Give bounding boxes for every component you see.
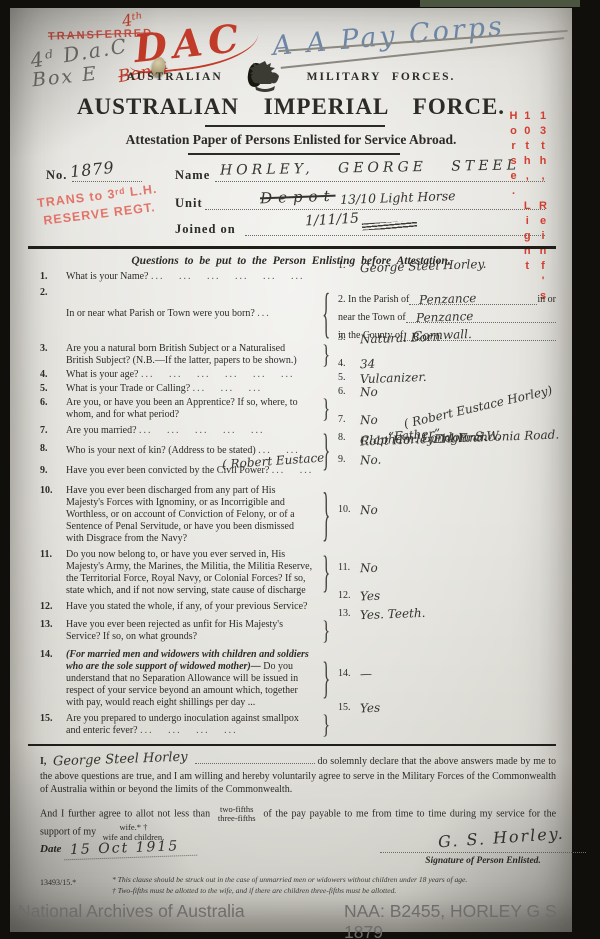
name-field-line	[215, 181, 545, 182]
answer-number: 1.	[338, 260, 346, 271]
question-number: 3.	[40, 343, 66, 354]
brace	[323, 306, 329, 322]
fraction-options: two-fifthsthree-fifths	[218, 805, 256, 824]
sub-label: near the Town of	[338, 312, 406, 323]
question-text-main: In or near what Parish or Town were you …	[66, 308, 255, 319]
signature-caption: Signature of Person Enlisted.	[380, 856, 586, 866]
answer-value: No	[360, 503, 378, 518]
question-number: 7.	[40, 425, 66, 436]
signature-line	[380, 852, 586, 853]
joined-field-line	[245, 235, 545, 236]
service-number-value: 1879	[69, 158, 115, 182]
answer-number: 8.	[338, 432, 346, 443]
question-number: 11.	[40, 549, 66, 560]
question-number: 14.	[40, 649, 66, 660]
question-row-10: 10. Have you ever been discharged from a…	[40, 485, 556, 545]
question-text: Have you ever been rejected as unfit for…	[66, 619, 314, 643]
footnote-asterisk: * This clause should be struck out in th…	[112, 874, 556, 885]
question-text: Have you stated the whole, if any, of yo…	[66, 601, 314, 613]
declaration: I, George Steel Horley do solemnly decla…	[40, 752, 556, 842]
leader-dots: ... ... ... ...	[140, 725, 238, 736]
answer-number: 11.	[338, 562, 350, 573]
answer-number: 15.	[338, 702, 351, 713]
date-value: 15 Oct 1915	[64, 838, 198, 861]
form-number: 13493/15.*	[40, 877, 76, 889]
question-number: 13.	[40, 619, 66, 630]
brace	[323, 565, 329, 581]
answer-number: 4.	[338, 358, 346, 369]
document-page: TRANSFERRED 4ᵈ D.a.C Box E 4ᵗʰ DAC Bondi…	[10, 8, 572, 932]
reserve-regiment-stamp: TRANS to 3ʳᵈ L.H. RESERVE REGT.	[36, 181, 160, 230]
answer-value: Vulcanizer.	[360, 370, 427, 386]
page-subtitle: Attestation Paper of Persons Enlisted fo…	[10, 132, 572, 148]
answer-value: England.	[434, 430, 489, 446]
question-number: 1.	[40, 271, 66, 282]
question-text: What is your Name? ... ... ... ... ... .…	[66, 271, 314, 283]
answer-value: No	[360, 413, 378, 428]
brace	[323, 347, 329, 363]
answer-value: Penzance	[419, 291, 477, 307]
option-three-fifths: three-fifths	[218, 814, 256, 823]
question-text: In or near what Parish or Town were you …	[66, 308, 314, 320]
question-text: Have you ever been discharged from any p…	[66, 485, 314, 545]
question-number: 5.	[40, 383, 66, 394]
question-text: What is your Trade or Calling? ... ... .…	[66, 383, 314, 395]
leader-dots: ...	[257, 308, 271, 319]
footnote-lines: * This clause should be struck out in th…	[112, 874, 556, 897]
question-row-2: 2. In or near what Parish or Town were y…	[40, 287, 556, 341]
question-number: 4.	[40, 369, 66, 380]
question-number: 2.	[40, 287, 66, 298]
question-row-4: 4. What is your age? ... ... ... ... ...…	[40, 369, 556, 381]
leader-dots: ... ... ... ... ... ...	[141, 369, 295, 380]
subtitle-underline	[188, 153, 400, 155]
question-text: Are you a natural born British Subject o…	[66, 343, 314, 367]
sub-suffix: in or	[537, 294, 556, 305]
answer-sub-line: 2. In the Parish ofPenzancein or	[338, 287, 556, 305]
question-text-main: What is your Trade or Calling?	[66, 383, 190, 394]
answer-number: 12.	[338, 590, 351, 601]
archive-name-watermark: National Archives of Australia	[18, 901, 245, 922]
question-row-12: 12. Have you stated the whole, if any, o…	[40, 601, 556, 613]
joined-on-value: 1/11/15	[305, 211, 360, 230]
date-signature-row: Date 15 Oct 1915 G. S. Horley. Signature…	[40, 840, 556, 858]
answer-number: 14.	[338, 668, 351, 679]
question-number: 12.	[40, 601, 66, 612]
answer-line: Penzance	[409, 304, 537, 305]
section-divider	[28, 246, 556, 249]
joined-on-label: Joined on	[175, 222, 236, 237]
leader-dots: ... ... ... ... ... ...	[151, 271, 305, 282]
leader-dots: ... ... ...	[193, 383, 263, 394]
declaration-divider	[28, 744, 556, 746]
answer-value: Yes	[360, 589, 381, 604]
question-number: 9.	[40, 465, 66, 476]
brace	[323, 671, 329, 687]
header-row: AUSTRALIAN MILITARY FORCES.	[10, 60, 572, 94]
answer-number: 9.	[338, 454, 346, 465]
question-text: Are you prepared to undergo inoculation …	[66, 713, 314, 737]
brace	[323, 717, 329, 733]
declaration-name-handwriting: George Steel Horley	[53, 749, 188, 771]
title-underline	[205, 125, 385, 127]
footnote-dagger: † Two-fifths must be allotted to the wif…	[112, 885, 556, 896]
answer-value: —	[360, 667, 372, 681]
answer-number: 5.	[338, 372, 346, 383]
question-row-11: 11. Do you now belong to, or have you ev…	[40, 549, 556, 597]
question-text: Do you now belong to, or have you ever s…	[66, 549, 314, 597]
question-text: Are you, or have you been an Apprentice?…	[66, 397, 314, 421]
brace	[323, 623, 329, 639]
answer-number: 6.	[338, 386, 346, 397]
answer-value: Yes. Teeth.	[360, 606, 426, 622]
answer-number: 3.	[338, 332, 346, 343]
allotment-pre-text: And I further agree to allot not less th…	[40, 808, 210, 819]
scribbled-out-text-mark	[362, 221, 417, 231]
declaration-i-label: I,	[40, 756, 46, 767]
question-text-main: What is your Name?	[66, 271, 148, 282]
archive-reference-watermark: NAA: B2455, HORLEY G S 1879	[344, 901, 600, 939]
footnotes: 13493/15.* * This clause should be struc…	[40, 874, 556, 897]
answer-number: 10.	[338, 504, 351, 515]
answer-number: 13.	[338, 608, 351, 619]
unit-field-line	[205, 209, 545, 210]
answer-sub-line: near the Town ofPenzance	[338, 305, 556, 323]
no-label: No.	[46, 168, 67, 183]
question-row-1: 1. What is your Name? ... ... ... ... ..…	[40, 271, 556, 283]
question-text: What is your age? ... ... ... ... ... ..…	[66, 369, 314, 381]
question-text-main: Are you married?	[66, 425, 137, 436]
declaration-leader-line	[195, 754, 315, 764]
unit-value: 13/10 Light Horse	[340, 188, 456, 207]
question-text-main: Who is your next of kin? (Address to be …	[66, 445, 256, 456]
unit-label: Unit	[175, 196, 203, 211]
leader-dots: ... ... ... ... ...	[139, 425, 265, 436]
question-number: 10.	[40, 485, 66, 496]
header-military-forces: MILITARY FORCES.	[307, 71, 456, 83]
questions-section-title: Questions to be put to the Person Enlist…	[10, 255, 572, 267]
answer-value: Natural Born	[360, 330, 441, 347]
question-number: 6.	[40, 397, 66, 408]
date-label: Date	[40, 843, 61, 855]
answer-value: 34	[360, 357, 376, 372]
header-australian: AUSTRALIAN	[127, 71, 223, 83]
question-text-main: What is your age?	[66, 369, 138, 380]
answer-value: No	[360, 385, 378, 400]
question-text: Are you married? ... ... ... ... ...	[66, 425, 314, 437]
answer-line: Penzance	[406, 322, 556, 323]
question-row-14: 14. (For married men and widowers with c…	[40, 649, 556, 709]
question-text: (For married men and widowers with child…	[66, 649, 314, 709]
answer-value: Yes	[360, 701, 381, 716]
question-number: 15.	[40, 713, 66, 724]
name-label: Name	[175, 168, 210, 183]
name-value: HORLEY, GEORGE STEEL	[220, 157, 520, 178]
brace	[323, 401, 329, 417]
question-number: 8.	[40, 443, 66, 454]
question-row-9: 9. Have you ever been convicted by the C…	[40, 465, 556, 477]
answer-number: 7.	[338, 414, 346, 425]
question-row-15: 15. Are you prepared to undergo inoculat…	[40, 713, 556, 737]
sub-label: 2. In the Parish of	[338, 294, 409, 305]
page-title: AUSTRALIAN IMPERIAL FORCE.	[10, 94, 572, 120]
answer-value: No.	[360, 453, 382, 468]
question-row-13: 13. Have you ever been rejected as unfit…	[40, 619, 556, 643]
attestation-paper-scan: { "annotations": { "transferred_stamp": …	[0, 0, 600, 939]
answer-value: Penzance	[415, 309, 473, 325]
declaration-paragraph-1: I, George Steel Horley do solemnly decla…	[40, 752, 556, 797]
brace	[323, 507, 329, 523]
questions-list: 1. What is your Name? ... ... ... ... ..…	[10, 271, 572, 737]
answer-value: No	[360, 561, 378, 576]
question-row-5: 5. What is your Trade or Calling? ... ..…	[40, 383, 556, 395]
question-row-3: 3. Are you a natural born British Subjec…	[40, 343, 556, 367]
no-field-line	[72, 181, 142, 182]
unit-struck-value: Depot	[260, 187, 336, 208]
answer-value: George Steel Horley.	[360, 257, 487, 275]
coat-of-arms-icon	[245, 60, 285, 94]
